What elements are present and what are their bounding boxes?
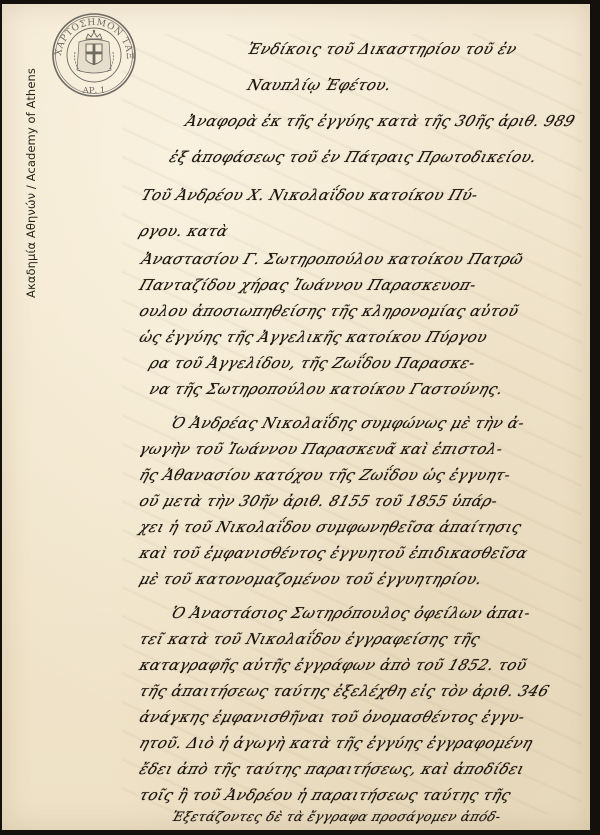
body-line: τεῖ κατὰ τοῦ Νικολαΐδου ἐγγραφείσης τῆς [137,630,483,648]
body-line: καταγραφῆς αὐτῆς ἐγγράφων ἀπὸ τοῦ 1852. … [137,656,529,674]
body-line: μὲ τοῦ κατονομαζομένου τοῦ ἐγγυητηρίου. [137,570,485,588]
body-line: ητοῦ. Διὸ ἡ ἀγωγὴ κατὰ τῆς ἐγγύης ἐγγραφ… [137,734,535,752]
heading-line-1: Ἐνδίκοις τοῦ Δικαστηρίου τοῦ ἐν [245,40,519,58]
body-line: τοῖς ἢ τοῦ Ἀνδρέου ἡ παραιτήσεως ταύτης … [137,786,513,804]
body-line: ργου. κατὰ [137,222,231,240]
body-line: ῆς Ἀθανασίου κατόχου τῆς Ζωΐδου ὡς ἐγγυη… [137,466,513,484]
archive-watermark: Ακαδημία Αθηνών / Academy of Athens [24,128,40,298]
body-line: να τῆς Σωτηροπούλου κατοίκου Γαστούνης. [147,380,506,398]
body-line: ὡς ἐγγύης τῆς Ἀγγελικῆς κατοίκου Πύργου [137,328,490,346]
body-line: Τοῦ Ἀνδρέου Χ. Νικολαΐδου κατοίκου Πύ- [139,186,481,204]
heading-line-2: Ναυπλίῳ Ἐφέτου. [245,76,394,94]
body-line: τῆς ἀπαιτήσεως ταύτης ἐξελέχθη εἰς τὸν ἀ… [137,682,552,700]
reference-line-1: Ἀναφορὰ ἐκ τῆς ἐγγύης κατὰ τῆς 30ῆς ἀριθ… [183,112,577,130]
body-line: ἔδει ἀπὸ τῆς ταύτης παραιτήσεως, καὶ ἀπο… [137,760,527,778]
body-line: γωγὴν τοῦ Ἰωάννου Παρασκευᾶ καὶ ἐπιστολ- [137,440,505,458]
body-line: ουλου ἀποσιωπηθείσης τῆς κληρονομίας αὐτ… [137,302,521,320]
body-line: χει ἡ τοῦ Νικολαΐδου συμφωνηθεῖσα ἀπαίτη… [137,518,524,536]
scan-frame: Ακαδημία Αθηνών / Academy of Athens ΧΑΡΤ… [0,0,600,835]
body-line: Ἀναστασίου Γ. Σωτηροπούλου κατοίκου Πατρ… [139,250,526,268]
body-line: Πανταζίδου χήρας Ἰωάννου Παρασκευοπ- [137,276,479,294]
watermark-text: Ακαδημία Αθηνών / Academy of Athens [24,68,38,298]
body-line: καὶ τοῦ ἐμφανισθέντος ἐγγυητοῦ ἐπιδικασθ… [137,544,530,562]
revenue-stamp: ΧΑΡΤΟΣΗΜΟΝ ΤΑΞΕΩΣ ΑΡ. 1 [51,12,137,98]
body-line: Ὁ Ἀναστάσιος Σωτηρόπουλος ὀφείλων ἀπαι- [169,604,533,622]
stamp-bottom-text: ΑΡ. 1 [82,86,106,96]
body-line: οῦ μετὰ τὴν 30ῆν ἀριθ. 8155 τοῦ 1855 ὑπά… [137,492,500,510]
body-line: Ἐξετάζοντες δὲ τὰ ἔγγραφα προσάγομεν ἀπό… [170,810,503,825]
body-line: Ὁ Ἀνδρέας Νικολαΐδης συμφώνως μὲ τὴν ἀ- [169,414,527,432]
body-line: ρα τοῦ Ἀγγελίδου, τῆς Ζωΐδου Παρασκε- [147,354,478,372]
greek-royal-coat-of-arms-icon: ΧΑΡΤΟΣΗΜΟΝ ΤΑΞΕΩΣ ΑΡ. 1 [51,12,137,98]
reference-line-2: ἐξ ἀποφάσεως τοῦ ἐν Πάτραις Πρωτοδικείου… [167,148,539,166]
body-line: ἀνάγκης ἐμφανισθῆναι τοῦ ὀνομασθέντος ἐγ… [137,708,527,726]
